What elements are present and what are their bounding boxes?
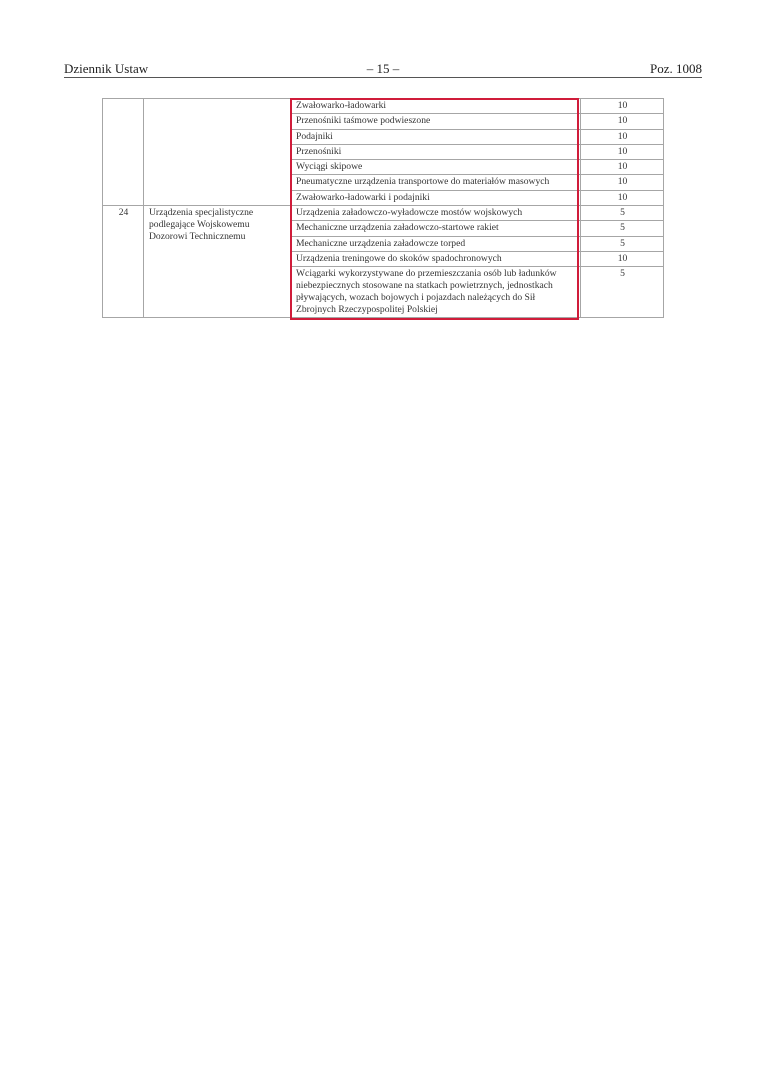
- device-name-cell: Zwałowarko-ładowarki i podajniki: [291, 190, 581, 205]
- device-name-cell: Podajniki: [291, 129, 581, 144]
- device-name-cell: Urządzenia załadowczo-wyładowcze mostów …: [291, 206, 581, 221]
- device-name-cell: Pneumatyczne urządzenia transportowe do …: [291, 175, 581, 190]
- value-cell: 5: [581, 221, 664, 236]
- category-cell: [144, 99, 291, 206]
- value-cell: 10: [581, 114, 664, 129]
- position-number: Poz. 1008: [650, 61, 702, 77]
- value-cell: 5: [581, 236, 664, 251]
- device-name-cell: Przenośniki: [291, 144, 581, 159]
- device-table: Zwałowarko-ładowarki10Przenośniki taśmow…: [102, 98, 664, 318]
- device-name-cell: Wyciągi skipowe: [291, 160, 581, 175]
- value-cell: 10: [581, 251, 664, 266]
- device-name-cell: Mechaniczne urządzenia załadowcze torped: [291, 236, 581, 251]
- row-number-cell: 24: [103, 206, 144, 318]
- value-cell: 10: [581, 190, 664, 205]
- device-name-cell: Wciągarki wykorzystywane do przemieszcza…: [291, 267, 581, 318]
- device-name-cell: Mechaniczne urządzenia załadowczo-starto…: [291, 221, 581, 236]
- value-cell: 10: [581, 160, 664, 175]
- value-cell: 10: [581, 99, 664, 114]
- value-cell: 10: [581, 144, 664, 159]
- header-divider: [64, 77, 702, 78]
- value-cell: 5: [581, 206, 664, 221]
- value-cell: 5: [581, 267, 664, 318]
- page-number: – 15 –: [64, 61, 702, 77]
- value-cell: 10: [581, 129, 664, 144]
- category-cell: Urządzenia specjalistyczne podlegające W…: [144, 206, 291, 318]
- device-name-cell: Przenośniki taśmowe podwieszone: [291, 114, 581, 129]
- device-name-cell: Urządzenia treningowe do skoków spadochr…: [291, 251, 581, 266]
- value-cell: 10: [581, 175, 664, 190]
- table-row: 24Urządzenia specjalistyczne podlegające…: [103, 206, 664, 221]
- table-row: Zwałowarko-ładowarki10: [103, 99, 664, 114]
- device-name-cell: Zwałowarko-ładowarki: [291, 99, 581, 114]
- page-header: Dziennik Ustaw – 15 – Poz. 1008: [64, 61, 702, 77]
- row-number-cell: [103, 99, 144, 206]
